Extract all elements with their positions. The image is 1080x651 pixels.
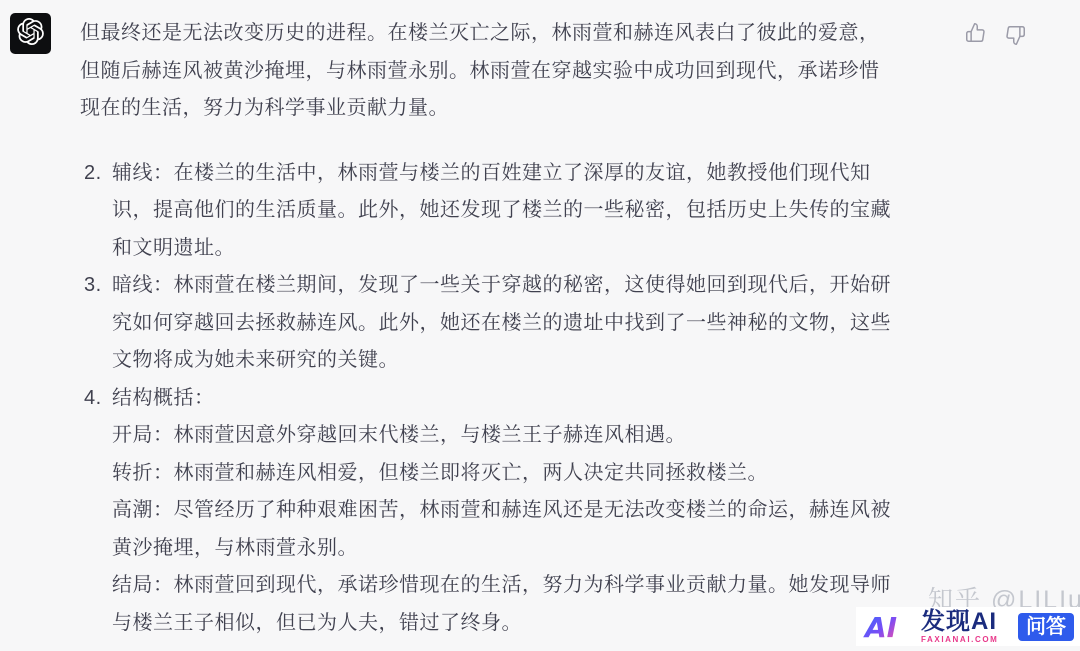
outline-line-climax: 高潮：尽管经历了种种艰难困苦，林雨萱和赫连风还是无法改变楼兰的命运，赫连风被黄沙… xyxy=(112,492,904,567)
brand-watermark: AI 发现AI FAXIANAI.COM 问答 xyxy=(856,607,1080,646)
list-item-text: 暗线：林雨萱在楼兰期间，发现了一些关于穿越的秘密，这使得她回到现代后，开始研究如… xyxy=(112,267,904,380)
message-actions xyxy=(964,22,1026,44)
thumbs-down-button[interactable] xyxy=(1004,25,1026,47)
brand-domain: FAXIANAI.COM xyxy=(921,635,998,644)
qa-badge: 问答 xyxy=(1018,613,1074,641)
outline-line-turn: 转折：林雨萱和赫连风相爱，但楼兰即将灭亡，两人决定共同拯救楼兰。 xyxy=(112,455,904,493)
assistant-avatar xyxy=(10,13,51,54)
list-item: 4. 结构概括： 开局：林雨萱因意外穿越回末代楼兰，与楼兰王子赫连风相遇。 转折… xyxy=(80,380,912,643)
thumbs-up-icon xyxy=(965,31,986,46)
message-list: 2. 辅线：在楼兰的生活中，林雨萱与楼兰的百姓建立了深厚的友谊，她教授他们现代知… xyxy=(80,155,912,643)
list-item-text: 辅线：在楼兰的生活中，林雨萱与楼兰的百姓建立了深厚的友谊，她教授他们现代知识，提… xyxy=(112,155,904,268)
list-item: 3. 暗线：林雨萱在楼兰期间，发现了一些关于穿越的秘密，这使得她回到现代后，开始… xyxy=(80,267,912,380)
brand-text-block: 发现AI FAXIANAI.COM xyxy=(921,610,998,644)
thumbs-down-icon xyxy=(1005,34,1026,49)
list-item-text: 结构概括： 开局：林雨萱因意外穿越回末代楼兰，与楼兰王子赫连风相遇。 转折：林雨… xyxy=(112,380,904,643)
thumbs-up-button[interactable] xyxy=(964,22,986,44)
svg-text:AI: AI xyxy=(863,611,897,644)
list-item-number: 2. xyxy=(80,155,112,193)
list-item-number: 4. xyxy=(80,380,112,418)
outline-line-opening: 开局：林雨萱因意外穿越回末代楼兰，与楼兰王子赫连风相遇。 xyxy=(112,417,904,455)
outline-line-ending: 结局：林雨萱回到现代，承诺珍惜现在的生活，努力为科学事业贡献力量。她发现导师与楼… xyxy=(112,567,904,642)
brand-name: 发现AI xyxy=(921,610,998,634)
faxian-ai-logo-icon: AI xyxy=(863,610,919,644)
assistant-message: 但最终还是无法改变历史的进程。在楼兰灭亡之际，林雨萱和赫连风表白了彼此的爱意，但… xyxy=(80,15,912,642)
list-item: 2. 辅线：在楼兰的生活中，林雨萱与楼兰的百姓建立了深厚的友谊，她教授他们现代知… xyxy=(80,155,912,268)
list-item-number: 3. xyxy=(80,267,112,305)
message-paragraph: 但最终还是无法改变历史的进程。在楼兰灭亡之际，林雨萱和赫连风表白了彼此的爱意，但… xyxy=(80,15,892,128)
list-item-heading: 结构概括： xyxy=(112,380,904,418)
openai-logo-icon xyxy=(17,18,44,50)
